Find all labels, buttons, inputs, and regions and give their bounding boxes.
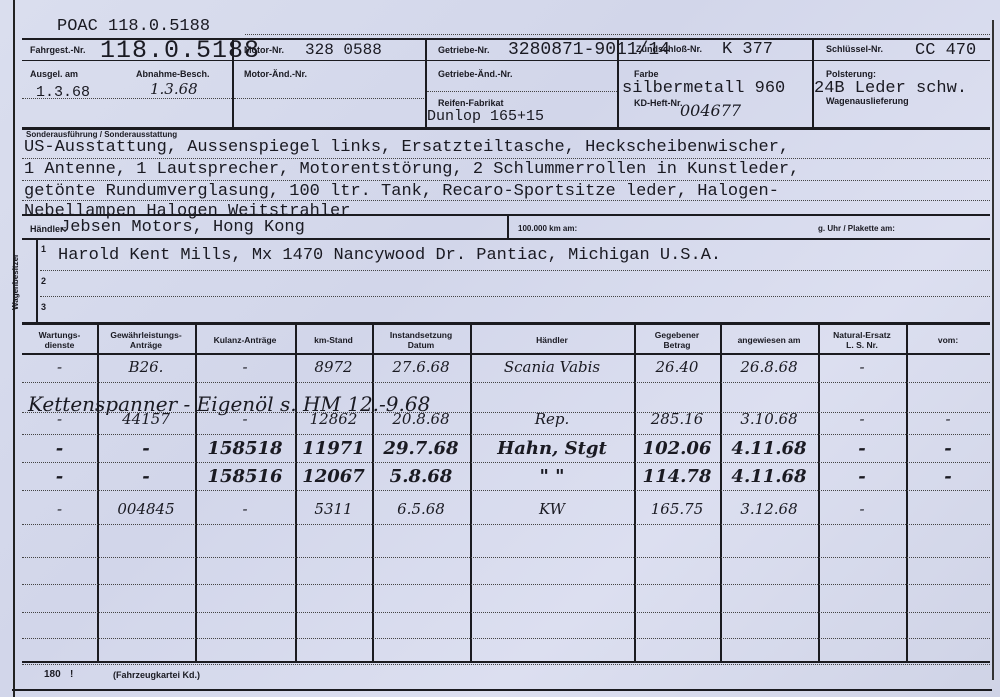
owner-dotted-1 [40,270,990,271]
table-cell: 26.8.68 [722,358,816,376]
table-column-header: Händler [472,326,632,353]
zuendschloss-label: Zündschloß-Nr. [636,44,702,54]
table-row-dotted-line [22,638,990,639]
table-row-dotted-line [22,664,990,665]
footer-number: 180 [44,669,61,680]
table-bottom-rule [22,661,990,663]
service-annotation: Kettenspanner - Eigenöl s. HM 12.-9.68 [28,392,430,416]
table-cell: Hahn, Stgt [472,438,632,459]
reifen-fabrikat-label: Reifen-Fabrikat [438,98,504,108]
table-cell: 26.40 [636,358,718,376]
haendler-top-rule [22,214,990,216]
table-column-header: Wartungs- dienste [24,326,95,353]
table-cell: - [820,500,904,518]
getriebe-nr-label: Getriebe-Nr. [438,45,490,55]
table-cell: - [24,466,95,487]
sonderausstattung-line-1: US-Ausstattung, Aussenspiegel links, Ers… [24,137,789,159]
table-column-header: Gegebener Betrag [636,326,718,353]
card-left-edge [13,0,15,697]
table-row-dotted-line [22,490,990,491]
table-cell: Rep. [472,410,632,428]
wagenauslieferung-label: Wagenauslieferung [826,96,909,106]
card-title: POAC 118.0.5188 [57,17,210,36]
table-header-rule [22,353,990,355]
table-cell: 285.16 [636,410,718,428]
table-cell: 4.11.68 [722,438,816,459]
table-cell: - [908,410,988,428]
table-cell: 12067 [297,466,370,487]
table-cell: 004845 [99,500,193,518]
fahrgestell-value: 118.0.5188 [100,36,260,65]
schluessel-value: CC 470 [915,41,976,60]
table-top-rule [22,322,990,325]
uhr-plakette-label: g. Uhr / Plakette am: [818,224,895,233]
table-cell: 5311 [297,500,370,518]
title-dotted-line [245,34,990,35]
table-cell: - [820,410,904,428]
owner-row-3-number: 3 [41,302,46,312]
getriebe-aend-dotted-line [427,91,617,92]
reifen-fabrikat-value: Dunlop 165+15 [427,108,544,125]
sonder-dotted-2 [22,180,990,181]
ausgel-dotted-line [22,98,232,99]
motor-nr-label: Motor-Nr. [244,45,284,55]
table-cell: Scania Vabis [472,358,632,376]
farbe-label: Farbe [634,69,659,79]
table-cell: - [99,438,193,459]
table-cell: 3.10.68 [722,410,816,428]
motor-aend-dotted-line [234,98,424,99]
owner-dotted-2 [40,296,990,297]
schluessel-label: Schlüssel-Nr. [826,44,883,54]
fahrgestell-label: Fahrgest.-Nr. [30,45,86,55]
kd-heft-label: KD-Heft-Nr. [634,98,683,108]
farbe-value: silbermetall 960 [622,79,785,98]
table-cell: 5.8.68 [374,466,468,487]
motor-nr-value: 328 0588 [305,41,382,59]
wagenbesitzer-divider [36,240,38,322]
haendler-value: Jebsen Motors, Hong Kong [60,218,305,237]
table-cell: 11971 [297,438,370,459]
wagenbesitzer-label: Wagenbesitzer [11,242,27,322]
owner-row-1-number: 1 [41,244,46,254]
table-column-header: vom: [908,326,988,353]
table-cell: 4.11.68 [722,466,816,487]
table-cell: 158516 [197,466,293,487]
table-row-dotted-line [22,462,990,463]
table-cell: - [908,438,988,459]
sonder-dotted-1 [22,158,990,159]
footer-rule [12,689,992,691]
table-cell: - [24,358,95,376]
footer-separator: ! [70,669,73,680]
table-cell: - [24,438,95,459]
table-cell: KW [472,500,632,518]
table-column-header: Instandsetzung Datum [374,326,468,353]
table-column-header: Kulanz-Anträge [197,326,293,353]
table-column-header: Natural-Ersatz L. S. Nr. [820,326,904,353]
abnahme-besch-label: Abnahme-Besch. [136,69,210,79]
table-cell: - [908,466,988,487]
table-column-header: km-Stand [297,326,370,353]
zuendschloss-value: K 377 [722,40,773,59]
table-column-header: Gewährleistungs- Anträge [99,326,193,353]
table-row-dotted-line [22,584,990,585]
table-cell: 6.5.68 [374,500,468,518]
owner-row-2-number: 2 [41,276,46,286]
table-row-dotted-line [22,382,990,383]
table-cell: - [99,466,193,487]
sonder-dotted-3 [22,200,990,201]
table-cell: 29.7.68 [374,438,468,459]
table-cell: 8972 [297,358,370,376]
table-cell: - [820,358,904,376]
table-cell: 3.12.68 [722,500,816,518]
card-right-edge [992,20,994,680]
table-cell: 165.75 [636,500,718,518]
table-column-header: angewiesen am [722,326,816,353]
table-cell: B26. [99,358,193,376]
ausgel-am-label: Ausgel. am [30,69,78,79]
table-cell: 158518 [197,438,293,459]
table-cell: 114.78 [636,466,718,487]
sonderausstattung-line-2: 1 Antenne, 1 Lautsprecher, Motorentstöru… [24,159,799,181]
motor-aend-label: Motor-Änd.-Nr. [244,69,307,79]
table-row-dotted-line [22,557,990,558]
haendler-divider [507,214,509,238]
table-cell: - [820,466,904,487]
footer-card-title: (Fahrzeugkartei Kd.) [113,670,200,680]
table-cell: - [197,358,293,376]
km-100000-label: 100.000 km am: [518,224,577,233]
table-row-dotted-line [22,612,990,613]
vehicle-record-card: POAC 118.0.5188 Fahrgest.-Nr. 118.0.5188… [0,0,1000,697]
kd-heft-value: 004677 [680,101,741,120]
getriebe-aend-label: Getriebe-Änd.-Nr. [438,69,513,79]
table-row-dotted-line [22,434,990,435]
table-row-dotted-line [22,524,990,525]
haendler-bottom-rule [22,238,990,240]
table-cell: - [24,500,95,518]
polsterung-label: Polsterung: [826,69,876,79]
table-cell: " " [472,466,632,487]
abnahme-besch-value: 1.3.68 [150,80,198,98]
table-cell: 102.06 [636,438,718,459]
table-cell: - [820,438,904,459]
table-cell: 27.6.68 [374,358,468,376]
owner-row-1-value: Harold Kent Mills, Mx 1470 Nancywood Dr.… [58,246,721,265]
table-cell: - [197,500,293,518]
